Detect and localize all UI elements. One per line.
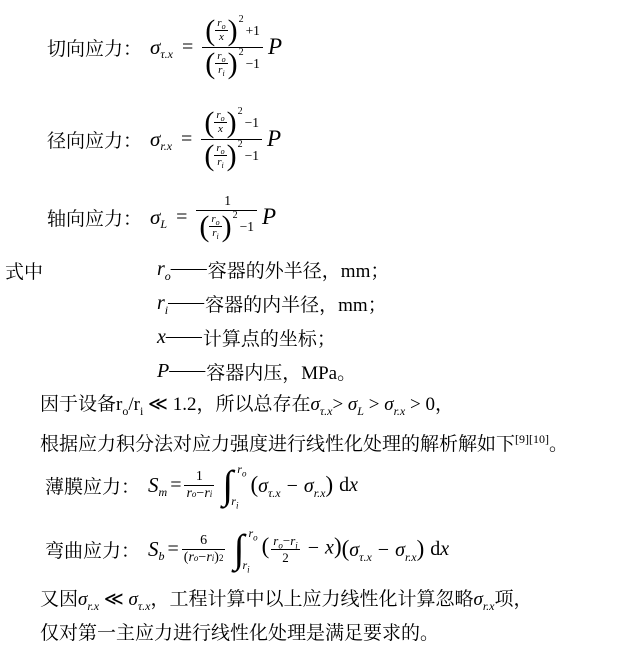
tangential-label: 切向应力： [47,34,142,61]
paren-group: (rori)2 [205,49,243,79]
membrane-label: 薄膜应力： [45,472,140,499]
minus-sign: − [287,475,298,497]
inner-denominator: ri [209,226,221,240]
tangential-fraction: (rox)2+1 (rori)2−1 [202,15,263,80]
right-paren: ) [228,16,238,46]
var-r: r [204,486,209,502]
paren-group: (rori)2 [204,141,242,171]
integral-group: ∫rori [222,463,246,507]
limit-sub: i [247,564,250,574]
sigma-tau-x: σ [128,589,137,610]
definition-text: 容器的外半径，mm； [208,256,390,283]
where-label: 式中 [5,257,43,284]
definition-dash: —— [169,360,203,382]
where-items: ro——容器的外半径，mm； ri——容器的内半径，mm； x——计算点的坐标；… [157,252,389,388]
right-paren: ) [227,108,237,138]
fraction-numerator: (rox)2+1 [202,15,263,47]
integral-limits: rori [244,527,257,571]
where-item-ri: ri——容器的内半径，mm； [157,286,389,320]
sigma-r-x: σ [304,475,314,497]
axial-lhs: σL [150,205,167,230]
bending-label: 弯曲应力： [45,536,140,563]
limit-sub: o [253,532,258,542]
inner-denominator: x [215,30,227,44]
text-segment: 项， [495,589,533,610]
definition-dash: —— [171,258,205,280]
inner-numerator: ro [214,142,226,155]
reference-citations: [9][10] [515,432,549,446]
text-segment: 仅对第一主应力进行线性化处理是满足要求的。 [40,623,439,644]
membrane-coefficient: 1 ro−ri [184,469,214,502]
paren-group: (rox)2 [205,16,243,46]
var-x: x [218,123,223,135]
sub-i: i [222,69,224,78]
sigma-symbol: σ [150,205,160,229]
d-operator: d [339,474,349,496]
sigma-L: σ [348,394,357,415]
var-x: x [349,474,358,496]
sigma-subscript: r.x [160,139,172,153]
equals-sign: = [182,36,193,59]
definition-text: 容器内压，MPa。 [206,358,356,385]
fraction-denominator: (rori)2−1 [196,210,257,243]
equals-sign: = [170,474,181,497]
right-paren: ) [228,49,238,79]
denominator-tail: −1 [246,56,260,72]
right-paren: ) [325,472,333,497]
upper-limit: ro [248,527,257,539]
fraction-numerator: 1 [196,192,257,210]
paragraph-condition: 因于设备ro/ri ≪ 1.2，所以总存在στ.x> σL > σr.x > 0… [40,388,568,456]
numerator-tail: −1 [245,115,259,131]
integral-group: ∫rori [233,527,257,571]
S-symbol: S [148,537,159,561]
formula-radial: 径向应力： σr.x = (rox)2−1 (rori)2−1 P [47,100,281,178]
paren-group: (rori)2 [199,212,237,242]
formula-bending: 弯曲应力： Sb = 6 (ro−ri)2 ∫rori (ro−ri2−x) (… [45,521,449,577]
left-paren: ( [262,534,270,559]
left-paren: ( [205,49,215,79]
exponent: 2 [238,140,243,150]
left-paren: ( [250,472,258,497]
sigma-subscript: τ.x [160,47,173,61]
condition-line-2: 根据应力积分法对应力强度进行线性化处理的解析解如下[9][10]。 [40,422,568,456]
inner-fraction: rori [209,213,221,239]
inner-fraction: rox [215,17,227,43]
sigma-subscript: L [160,217,167,231]
axial-label: 轴向应力： [47,204,142,231]
bending-preterm: (ro−ri2−x) [262,533,342,565]
radial-lhs: σr.x [150,127,172,152]
d-operator: d [430,538,440,560]
period: 。 [549,434,568,455]
axial-fraction: 1 (rori)2−1 [196,192,257,243]
sigma-subscript: r.x [314,486,326,500]
var-x: x [325,537,334,559]
inner-denominator: x [214,122,226,136]
left-paren: ( [199,212,209,242]
coefficient-numerator: 6 [182,533,226,549]
symbol-ro: ro [157,258,171,281]
differential-dx: dx [339,474,358,497]
symbol-ri: ri [157,292,168,315]
denominator-tail: −1 [240,219,254,235]
definition-dash: —— [168,292,202,314]
radial-label: 径向应力： [47,126,142,153]
minus-sign: − [196,486,204,502]
minus-sign: − [198,550,206,566]
condition-line-1: 因于设备ro/ri ≪ 1.2，所以总存在στ.x> σL > σr.x > 0… [40,388,568,422]
symbol-base: r [157,258,165,280]
coefficient-value: 6 [200,533,207,549]
differential-dx: dx [430,538,449,561]
inner-fraction: rox [214,109,226,135]
formula-membrane: 薄膜应力： Sm = 1 ro−ri ∫rori (στ.x−σr.x) dx [45,458,358,512]
sigma-r-x: σ [384,394,393,415]
symbol-base: r [157,292,165,314]
closing-line-2: 仅对第一主应力进行线性化处理是满足要求的。 [40,617,533,651]
text-segment: 根据应力积分法对应力强度进行线性化处理的解析解如下 [40,434,515,455]
sigma-subscript: r.x [394,404,406,418]
sub-i: i [217,232,219,241]
fraction-denominator: (rori)2−1 [201,139,262,172]
exponent: 2 [239,15,244,25]
denominator-tail: −1 [245,148,259,164]
symbol-P: P [157,360,169,383]
var-x: x [219,31,224,43]
right-paren: ) [222,212,232,242]
upper-limit: ro [237,463,246,475]
S-symbol: S [148,473,159,497]
sigma-symbol: σ [150,35,160,59]
half-thickness-fraction: ro−ri2 [271,533,299,565]
radial-fraction: (rox)2−1 (rori)2−1 [201,107,262,172]
bending-lhs: Sb [148,537,165,562]
equals-sign: = [176,206,187,229]
sigma-subscript: L [357,404,364,418]
coefficient-denominator: ro−ri [184,485,214,502]
fraction-numerator: (rox)2−1 [201,107,262,139]
pre-denominator: 2 [271,549,299,566]
sigma-tau-x: σ [349,539,359,561]
sigma-symbol: σ [150,127,160,151]
lower-limit: ri [242,559,257,571]
inner-fraction: rori [214,142,226,168]
minus-sign: − [378,539,389,561]
sigma-tau-x: σ [310,394,319,415]
symbol-base: P [157,360,169,382]
right-paren: ) [227,141,237,171]
inner-denominator: ri [214,155,226,169]
left-paren: ( [204,108,214,138]
sigma-tau-x: σ [258,475,268,497]
pressure-P: P [268,34,282,60]
exponent: 2 [238,107,243,117]
left-paren: ( [204,141,214,171]
inner-numerator: ro [215,50,227,63]
coefficient-denominator: (ro−ri)2 [182,549,226,566]
sigma-r-x: σ [78,589,87,610]
where-item-ro: ro——容器的外半径，mm； [157,252,389,286]
equals-sign: = [168,538,179,561]
sigma-subscript: τ.x [138,599,151,613]
membrane-lhs: Sm [148,473,167,498]
text-segment: ，工程计算中以上应力线性化计算忽略 [150,589,473,610]
limit-sub: o [242,468,247,478]
sigma-subscript: τ.x [268,486,281,500]
symbol-x: x [157,326,166,349]
inner-numerator: ro [214,109,226,122]
definition-text: 计算点的坐标； [203,324,336,351]
left-paren: ( [205,16,215,46]
sigma-subscript: r.x [87,599,99,613]
membrane-integrand: (στ.x−σr.x) [250,472,333,498]
lower-limit: ri [231,495,246,507]
closing-line-1: 又因σr.x ≪ στ.x，工程计算中以上应力线性化计算忽略σr.x项， [40,583,533,617]
paren-group: (rox)2 [204,108,242,138]
inner-numerator: ro [215,17,227,30]
where-section: 式中 ro——容器的外半径，mm； ri——容器的内半径，mm； x——计算点的… [5,252,389,388]
bending-integrand: (στ.x−σr.x) [342,536,425,562]
sub-i: i [295,541,298,551]
coefficient-numerator: 1 [184,469,214,485]
var-x: x [440,538,449,560]
tangential-lhs: στ.x [150,35,173,60]
minus-sign: − [308,537,319,559]
pressure-P: P [262,204,276,230]
definition-text: 容器的内半径，mm； [205,290,387,317]
sigma-subscript: r.x [483,599,495,613]
sub-i: i [221,161,223,170]
definition-dash: —— [166,326,200,348]
exponent: 2 [233,211,238,221]
symbol-base: x [157,326,166,348]
S-subscript: b [159,549,165,563]
exponent: 2 [239,48,244,58]
S-subscript: m [159,485,168,499]
where-item-x: x——计算点的坐标； [157,320,389,354]
formula-tangential: 切向应力： στ.x = (rox)2+1 (rori)2−1 P [47,8,282,86]
formula-axial: 轴向应力： σL = 1 (rori)2−1 P [47,186,276,248]
where-item-P: P——容器内压，MPa。 [157,354,389,388]
sigma-subscript: τ.x [320,404,333,418]
inner-fraction: rori [215,50,227,76]
sigma-r-x: σ [473,589,482,610]
limit-sub: i [236,500,239,510]
numerator-tail: +1 [246,23,260,39]
paragraph-closing: 又因σr.x ≪ στ.x，工程计算中以上应力线性化计算忽略σr.x项， 仅对第… [40,583,533,651]
pressure-P: P [267,126,281,152]
bending-coefficient: 6 (ro−ri)2 [182,533,226,566]
integral-limits: rori [233,463,246,507]
greater-than: > [332,394,347,415]
sigma-r-x: σ [395,539,405,561]
text-segment: 因于设备 [40,394,116,415]
text-segment: 又因 [40,589,78,610]
equals-sign: = [181,128,192,151]
inner-numerator: ro [209,213,221,226]
text-segment: ≪ 1.2，所以总存在 [143,394,310,415]
sigma-subscript: τ.x [359,550,372,564]
fraction-denominator: (rori)2−1 [202,47,263,80]
much-less-than: ≪ [99,589,128,610]
right-paren: ) [334,534,342,559]
right-paren: ) [417,536,425,561]
pre-numerator: ro−ri [271,533,299,549]
text-segment: > 0， [405,394,454,415]
numerator-one: 1 [224,193,231,209]
inner-denominator: ri [215,63,227,77]
coefficient-value: 1 [196,469,203,485]
greater-than: > [364,394,384,415]
var-r: r [206,550,211,566]
sigma-subscript: r.x [405,550,417,564]
